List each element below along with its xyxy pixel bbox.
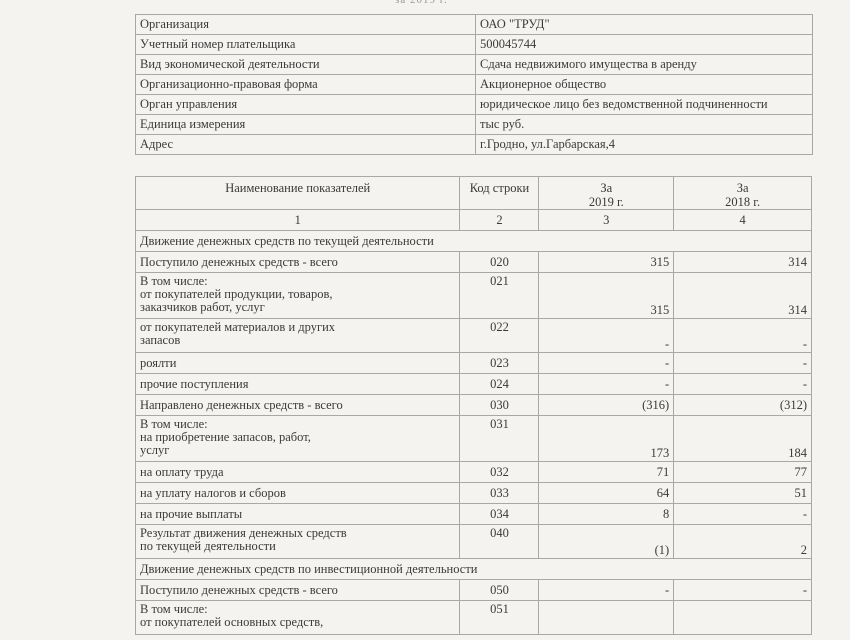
value-2018: - [674, 504, 812, 525]
info-value: 500045744 [476, 35, 813, 55]
table-row: на прочие выплаты0348- [136, 504, 812, 525]
info-row: Вид экономической деятельностиСдача недв… [136, 55, 813, 75]
column-number: 1 [136, 210, 460, 231]
indicator-name: на прочие выплаты [136, 504, 460, 525]
value-2018: 51 [674, 483, 812, 504]
table-row: В том числе:от покупателей основных сред… [136, 601, 812, 635]
row-code: 022 [460, 319, 539, 353]
column-number: 2 [460, 210, 539, 231]
table-row: прочие поступления024-- [136, 374, 812, 395]
value-2018: - [674, 580, 812, 601]
info-row: Организационно-правовая формаАкционерное… [136, 75, 813, 95]
value-2019: - [539, 374, 674, 395]
value-2019: 315 [539, 252, 674, 273]
table-row: на оплату труда0327177 [136, 462, 812, 483]
info-label: Вид экономической деятельности [136, 55, 476, 75]
info-row: Учетный номер плательщика500045744 [136, 35, 813, 55]
indicator-name: от покупателей материалов и другихзапасо… [136, 319, 460, 353]
indicator-name: Поступило денежных средств - всего [136, 580, 460, 601]
table-header-row: Наименование показателей Код строки За20… [136, 177, 812, 210]
value-2019: 64 [539, 483, 674, 504]
cash-flow-table: Наименование показателей Код строки За20… [135, 176, 812, 635]
table-row: Поступило денежных средств - всего020315… [136, 252, 812, 273]
table-row: роялти023-- [136, 353, 812, 374]
value-2018 [674, 601, 812, 635]
table-row: от покупателей материалов и другихзапасо… [136, 319, 812, 353]
header-year-2018: За2018 г. [674, 177, 812, 210]
indicator-name: Поступило денежных средств - всего [136, 252, 460, 273]
organization-info-table: ОрганизацияОАО "ТРУД"Учетный номер плате… [135, 14, 813, 155]
table-row: Результат движения денежных средствпо те… [136, 525, 812, 559]
value-2018: 2 [674, 525, 812, 559]
row-code: 032 [460, 462, 539, 483]
indicator-name: Результат движения денежных средствпо те… [136, 525, 460, 559]
info-label: Единица измерения [136, 115, 476, 135]
row-code: 040 [460, 525, 539, 559]
value-2018: 314 [674, 273, 812, 319]
page-header-fragment: за 2019 г. [395, 0, 448, 6]
section-title: Движение денежных средств по инвестицион… [136, 559, 812, 580]
column-number: 3 [539, 210, 674, 231]
value-2019: - [539, 580, 674, 601]
row-code: 024 [460, 374, 539, 395]
info-value: юридическое лицо без ведомственной подчи… [476, 95, 813, 115]
info-label: Организационно-правовая форма [136, 75, 476, 95]
value-2019: - [539, 319, 674, 353]
row-code: 031 [460, 416, 539, 462]
row-code: 033 [460, 483, 539, 504]
value-2019: 173 [539, 416, 674, 462]
info-row: Единица измерениятыс руб. [136, 115, 813, 135]
info-label: Организация [136, 15, 476, 35]
table-row: на уплату налогов и сборов0336451 [136, 483, 812, 504]
section-title: Движение денежных средств по текущей дея… [136, 231, 812, 252]
column-number: 4 [674, 210, 812, 231]
info-value: Акционерное общество [476, 75, 813, 95]
info-value: ОАО "ТРУД" [476, 15, 813, 35]
info-row: ОрганизацияОАО "ТРУД" [136, 15, 813, 35]
indicator-name: В том числе:на приобретение запасов, раб… [136, 416, 460, 462]
row-code: 023 [460, 353, 539, 374]
info-label: Орган управления [136, 95, 476, 115]
table-row: В том числе:от покупателей продукции, то… [136, 273, 812, 319]
indicator-name: В том числе:от покупателей основных сред… [136, 601, 460, 635]
indicator-name: Направлено денежных средств - всего [136, 395, 460, 416]
info-value: Сдача недвижимого имущества в аренду [476, 55, 813, 75]
info-label: Адрес [136, 135, 476, 155]
value-2019: 71 [539, 462, 674, 483]
header-year-2019: За2019 г. [539, 177, 674, 210]
info-row: Адресг.Гродно, ул.Гарбарская,4 [136, 135, 813, 155]
value-2019: (1) [539, 525, 674, 559]
indicator-name: на уплату налогов и сборов [136, 483, 460, 504]
info-row: Орган управленияюридическое лицо без вед… [136, 95, 813, 115]
table-row: Поступило денежных средств - всего050-- [136, 580, 812, 601]
value-2019: 315 [539, 273, 674, 319]
value-2019: 8 [539, 504, 674, 525]
value-2018: - [674, 353, 812, 374]
value-2019: - [539, 353, 674, 374]
info-value: тыс руб. [476, 115, 813, 135]
value-2019 [539, 601, 674, 635]
indicator-name: прочие поступления [136, 374, 460, 395]
table-row: В том числе:на приобретение запасов, раб… [136, 416, 812, 462]
value-2018: 77 [674, 462, 812, 483]
info-value: г.Гродно, ул.Гарбарская,4 [476, 135, 813, 155]
section-current-activity: Движение денежных средств по текущей дея… [136, 231, 812, 252]
value-2018: 184 [674, 416, 812, 462]
indicator-name: роялти [136, 353, 460, 374]
indicator-name: В том числе:от покупателей продукции, то… [136, 273, 460, 319]
value-2019: (316) [539, 395, 674, 416]
column-number-row: 1 2 3 4 [136, 210, 812, 231]
value-2018: (312) [674, 395, 812, 416]
row-code: 034 [460, 504, 539, 525]
section-investment-activity: Движение денежных средств по инвестицион… [136, 559, 812, 580]
value-2018: - [674, 374, 812, 395]
row-code: 051 [460, 601, 539, 635]
indicator-name: на оплату труда [136, 462, 460, 483]
row-code: 021 [460, 273, 539, 319]
header-indicator-name: Наименование показателей [136, 177, 460, 210]
row-code: 030 [460, 395, 539, 416]
value-2018: 314 [674, 252, 812, 273]
info-label: Учетный номер плательщика [136, 35, 476, 55]
row-code: 020 [460, 252, 539, 273]
value-2018: - [674, 319, 812, 353]
row-code: 050 [460, 580, 539, 601]
table-row: Направлено денежных средств - всего030(3… [136, 395, 812, 416]
header-row-code: Код строки [460, 177, 539, 210]
